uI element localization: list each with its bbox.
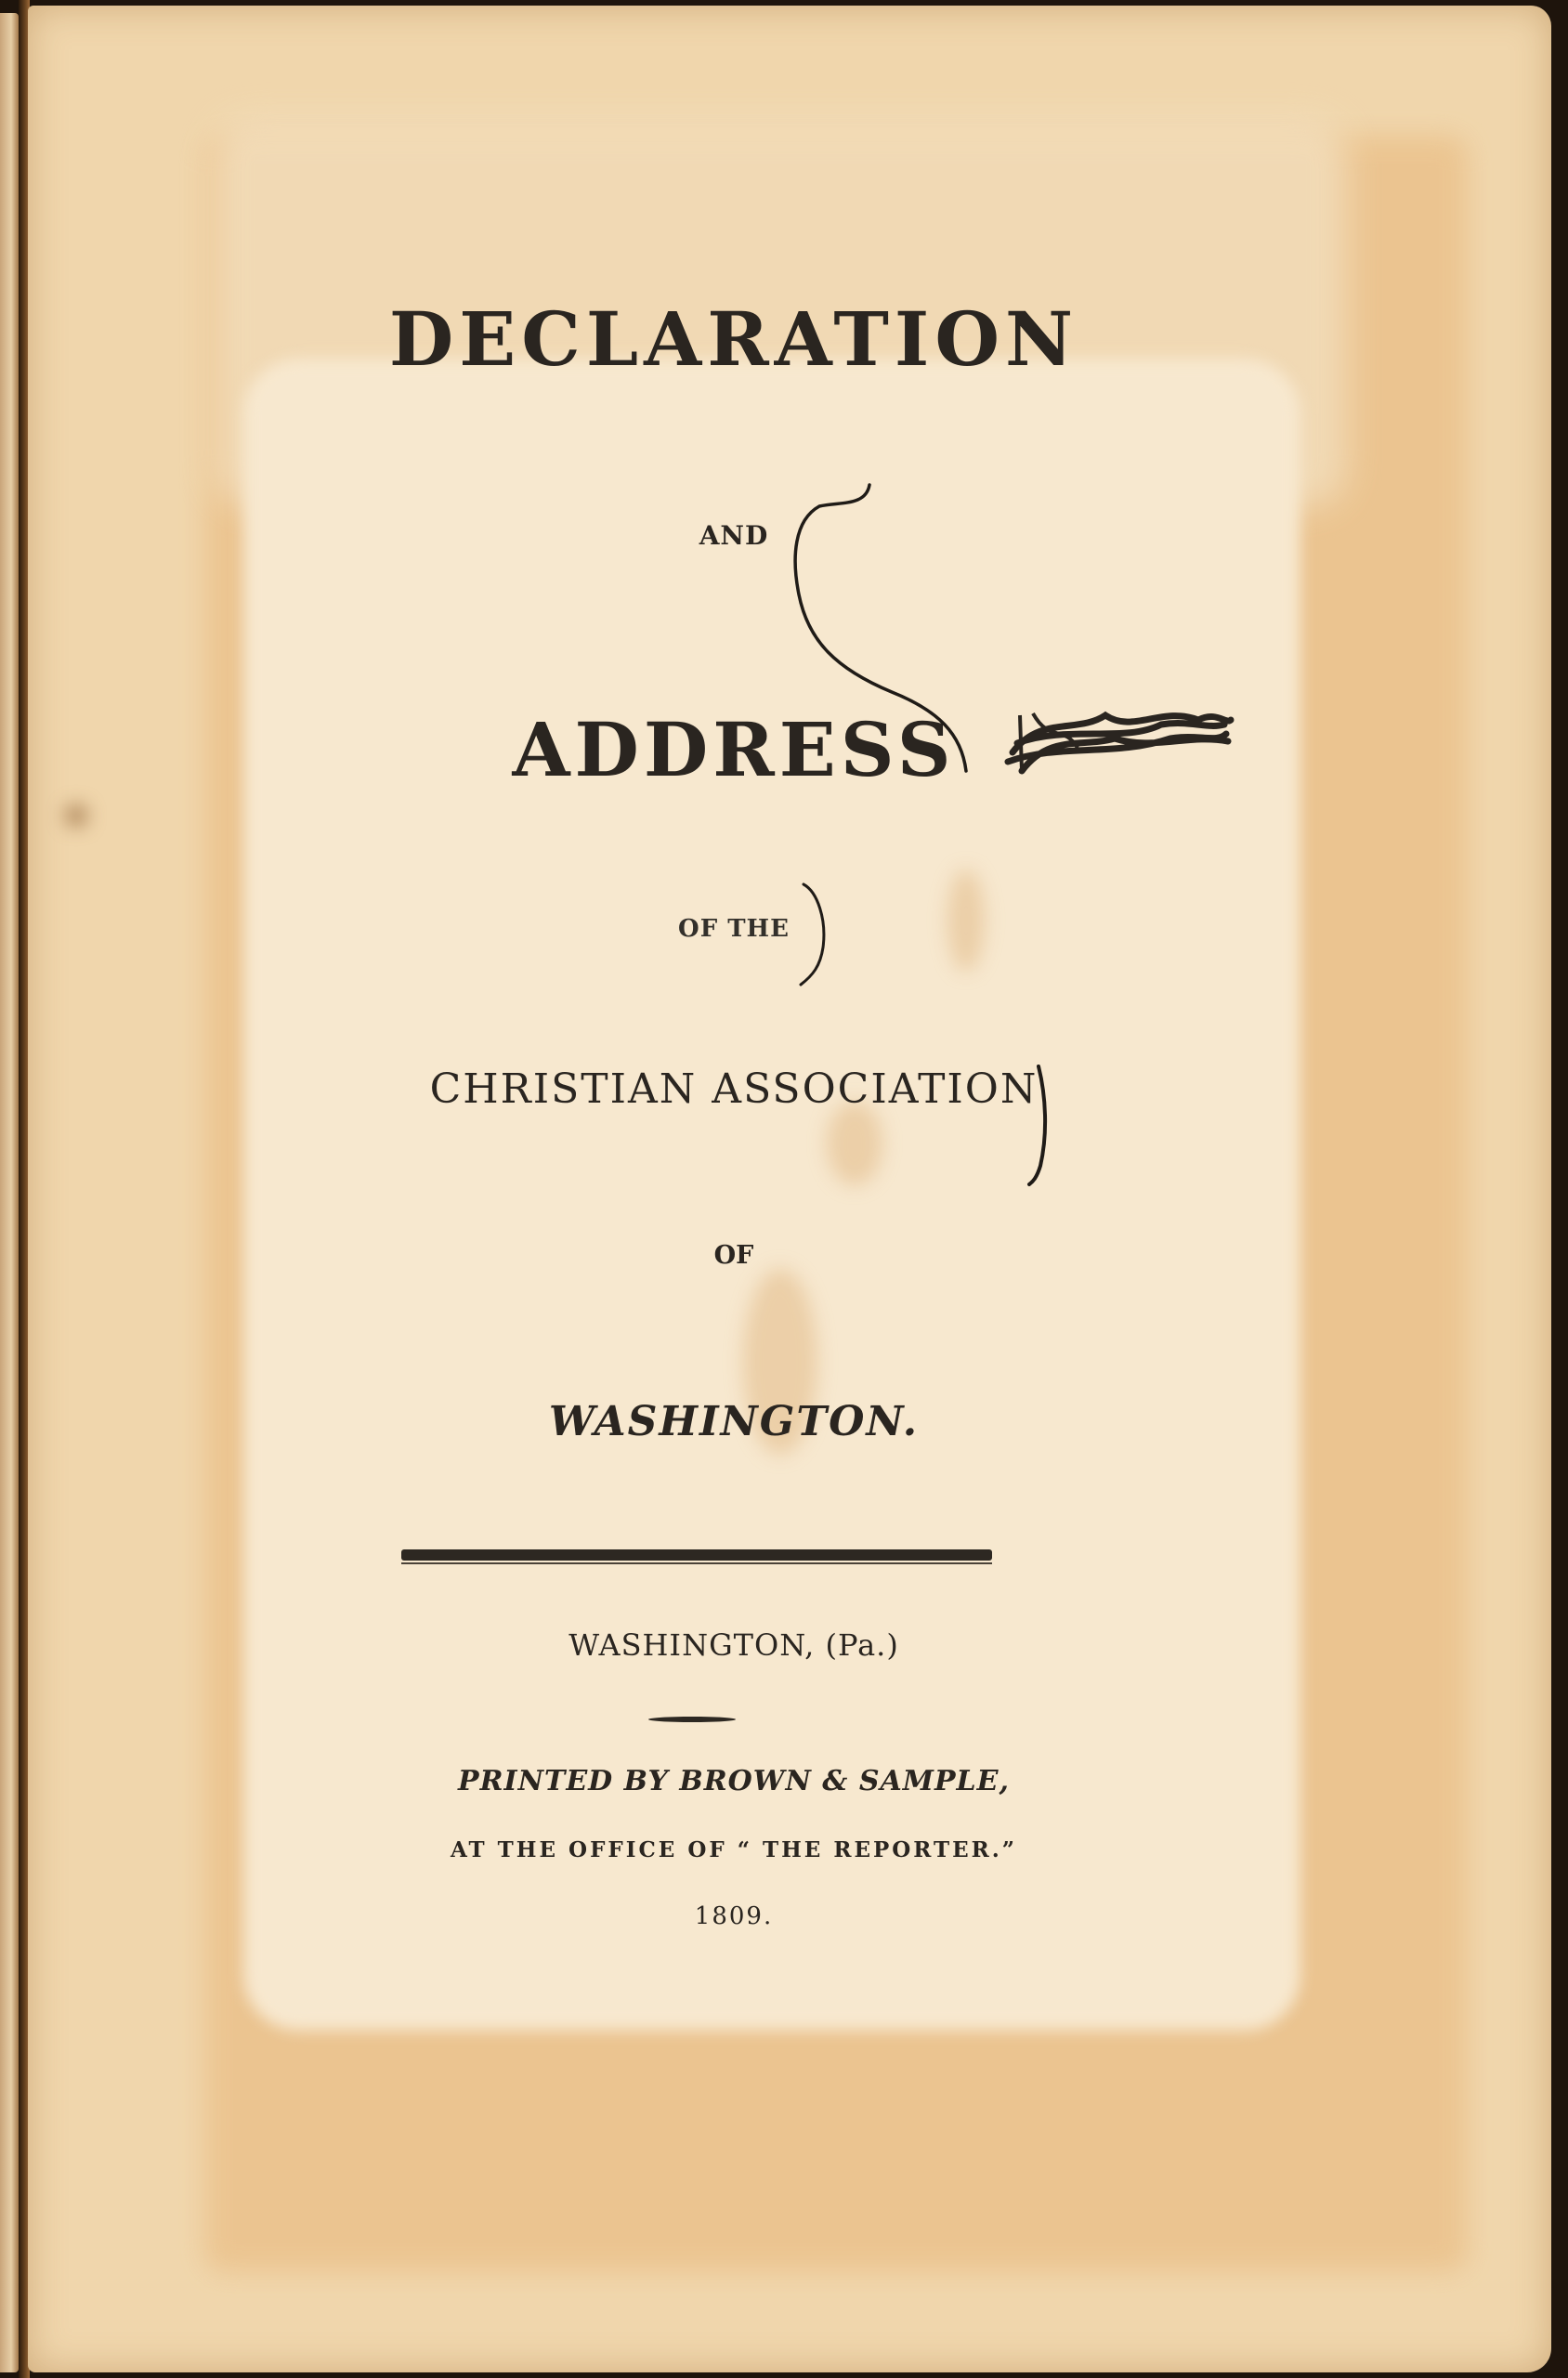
parenthesis-large-icon	[1029, 1066, 1045, 1184]
parenthesis-small-icon	[801, 884, 824, 985]
brace-left-icon	[795, 485, 966, 771]
scribble-strikeout-icon	[1008, 713, 1231, 771]
handwritten-annotations	[0, 0, 1568, 2378]
